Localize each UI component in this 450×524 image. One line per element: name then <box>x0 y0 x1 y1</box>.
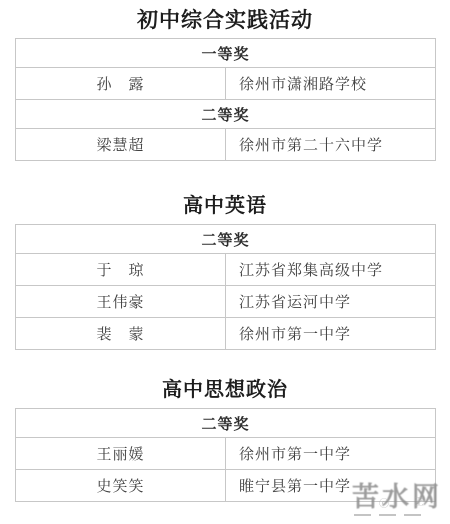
winner-school: 徐州市第一中学 <box>226 438 436 470</box>
winner-name: 王伟豪 <box>16 286 226 318</box>
watermark-copyright-mark: ⓒ <box>379 495 389 510</box>
winner-school: 徐州市第二十六中学 <box>226 129 436 161</box>
winner-row: 梁慧超 徐州市第二十六中学 <box>16 129 436 161</box>
winner-row: 王丽媛 徐州市第一中学 <box>16 438 436 470</box>
winner-school: 江苏省郑集高级中学 <box>226 254 436 286</box>
winner-name: 于 琼 <box>16 254 226 286</box>
watermark-subtext-marks <box>354 514 450 516</box>
prize-tier-label: 二等奖 <box>16 225 436 254</box>
section-title: 高中英语 <box>0 194 450 219</box>
winner-name: 裴 蒙 <box>16 318 226 350</box>
watermark-text: 苦水网 <box>352 483 450 511</box>
award-sections-container: 初中综合实践活动 一等奖 孙 露 徐州市潇湘路学校 二等奖 梁慧超 徐州市第二十… <box>0 8 450 502</box>
award-table: 一等奖 孙 露 徐州市潇湘路学校 二等奖 梁慧超 徐州市第二十六中学 <box>15 38 436 161</box>
prize-tier-row: 一等奖 <box>16 39 436 68</box>
prize-tier-row: 二等奖 <box>16 100 436 129</box>
prize-tier-label: 二等奖 <box>16 409 436 438</box>
watermark-small-char: 王 <box>414 493 424 508</box>
winner-school: 徐州市第一中学 <box>226 318 436 350</box>
winner-name: 孙 露 <box>16 68 226 100</box>
winner-school: 徐州市潇湘路学校 <box>226 68 436 100</box>
prize-tier-row: 二等奖 <box>16 409 436 438</box>
winner-school: 江苏省运河中学 <box>226 286 436 318</box>
document-page: 初中综合实践活动 一等奖 孙 露 徐州市潇湘路学校 二等奖 梁慧超 徐州市第二十… <box>0 0 450 524</box>
section-title: 高中思想政治 <box>0 378 450 403</box>
winner-row: 孙 露 徐州市潇湘路学校 <box>16 68 436 100</box>
winner-name: 王丽媛 <box>16 438 226 470</box>
watermark: 苦水网 ⓒ 王 <box>352 483 450 516</box>
winner-row: 裴 蒙 徐州市第一中学 <box>16 318 436 350</box>
prize-tier-row: 二等奖 <box>16 225 436 254</box>
winner-row: 王伟豪 江苏省运河中学 <box>16 286 436 318</box>
winner-name: 梁慧超 <box>16 129 226 161</box>
section-title: 初中综合实践活动 <box>0 8 450 33</box>
prize-tier-label: 一等奖 <box>16 39 436 68</box>
award-section: 高中英语 二等奖 于 琼 江苏省郑集高级中学 王伟豪 江苏省运河中学 裴 蒙 徐… <box>0 194 450 350</box>
award-section: 初中综合实践活动 一等奖 孙 露 徐州市潇湘路学校 二等奖 梁慧超 徐州市第二十… <box>0 8 450 161</box>
winner-name: 史笑笑 <box>16 470 226 502</box>
winner-row: 于 琼 江苏省郑集高级中学 <box>16 254 436 286</box>
award-table: 二等奖 于 琼 江苏省郑集高级中学 王伟豪 江苏省运河中学 裴 蒙 徐州市第一中… <box>15 224 436 350</box>
prize-tier-label: 二等奖 <box>16 100 436 129</box>
